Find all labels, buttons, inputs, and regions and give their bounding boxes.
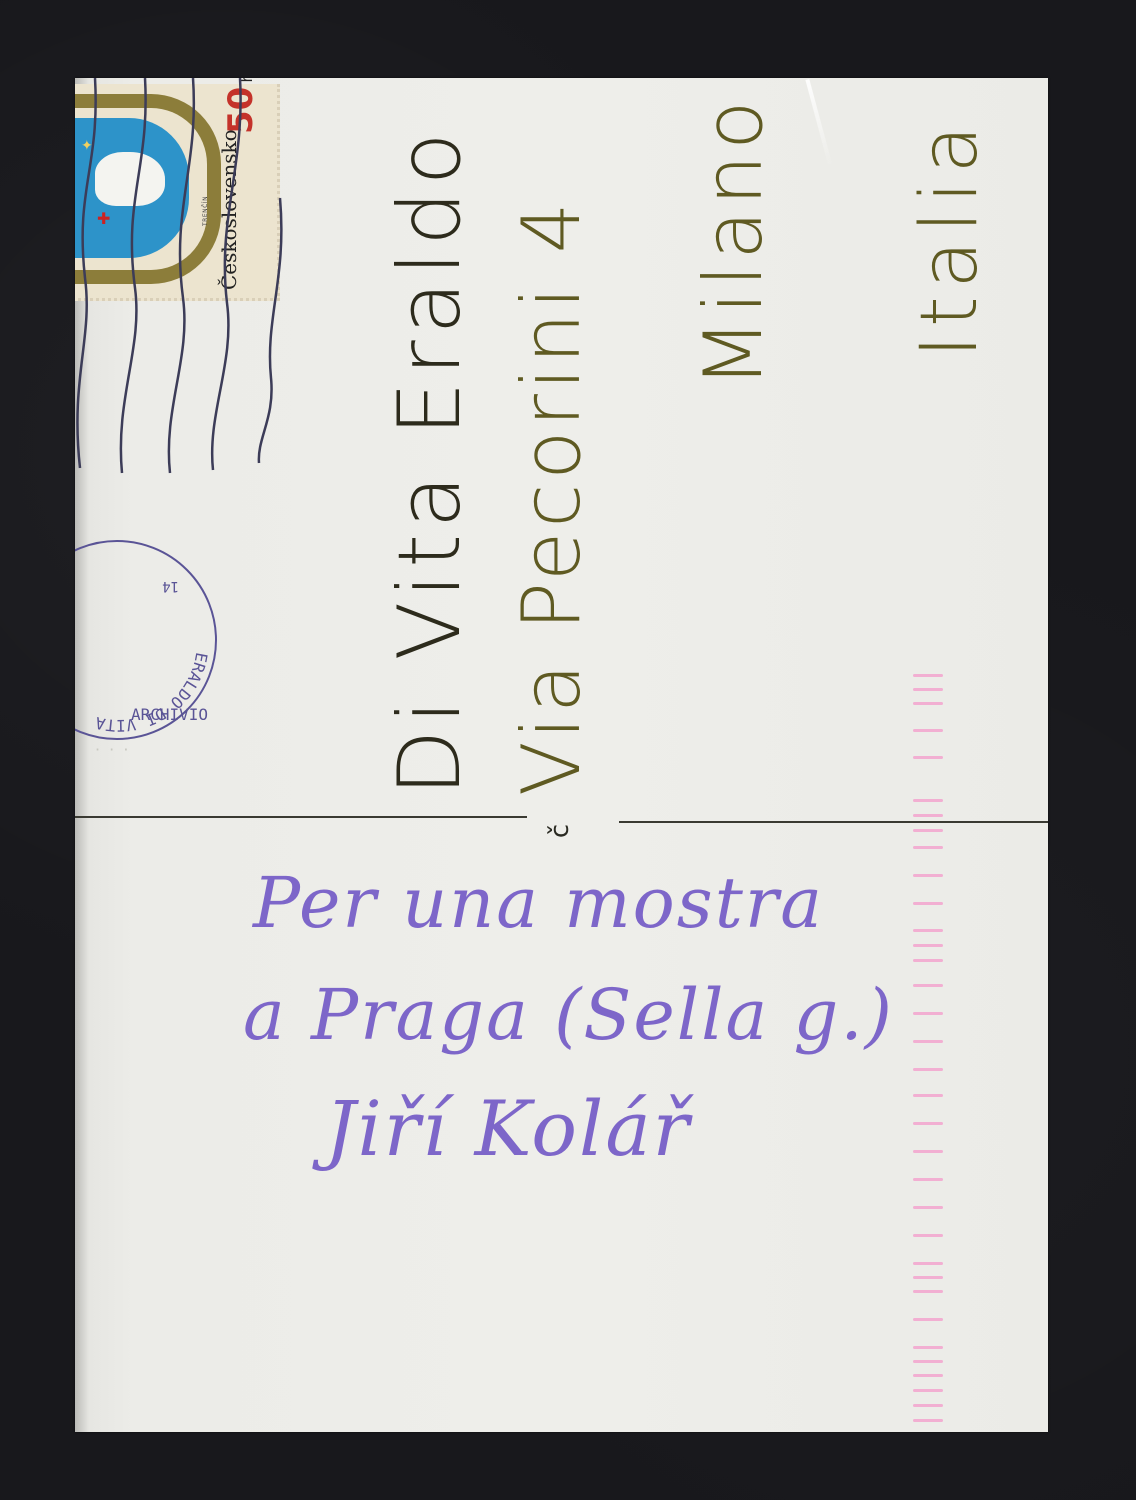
postmark-bottom-text: ARCHIVIO bbox=[131, 705, 208, 724]
pink-tick bbox=[913, 1122, 943, 1125]
pink-tick bbox=[913, 1040, 943, 1043]
pink-tick bbox=[913, 1012, 943, 1015]
pink-tick bbox=[913, 1094, 943, 1097]
pink-tick bbox=[913, 1150, 943, 1153]
dedication-signature: Jiří Kolář bbox=[325, 1084, 691, 1173]
pink-tick bbox=[913, 874, 943, 877]
pink-tick bbox=[913, 1206, 943, 1209]
pink-tick bbox=[913, 929, 943, 932]
pink-tick bbox=[913, 959, 943, 962]
pink-tick bbox=[913, 1234, 943, 1237]
pink-tick bbox=[913, 1360, 943, 1363]
recipient-street: Via Pecorini 4 bbox=[505, 198, 598, 796]
pink-tick bbox=[913, 1389, 943, 1392]
divider-line-right bbox=[619, 821, 1048, 823]
pink-tick-marks bbox=[913, 674, 943, 1432]
pink-tick bbox=[913, 799, 943, 802]
pink-tick bbox=[913, 1346, 943, 1349]
pink-tick bbox=[913, 944, 943, 947]
postmark-date-text: 14 bbox=[162, 578, 179, 594]
faint-illegible-mark: · · · bbox=[95, 740, 130, 759]
recipient-country: Italia bbox=[905, 117, 995, 358]
pink-tick bbox=[913, 902, 943, 905]
pink-tick bbox=[913, 814, 943, 817]
dedication-line-2: a Praga (Sella g.) bbox=[243, 974, 894, 1056]
divider-line-left bbox=[75, 816, 527, 818]
divider-mark: č bbox=[545, 824, 575, 838]
pink-tick bbox=[913, 1374, 943, 1377]
pink-tick bbox=[913, 1404, 943, 1407]
pink-tick bbox=[913, 674, 943, 677]
archive-postmark: ERALDO DI VITA ARCHIVIO 14 bbox=[75, 540, 217, 740]
pink-tick bbox=[913, 756, 943, 759]
pink-tick bbox=[913, 702, 943, 705]
pink-tick bbox=[913, 984, 943, 987]
pink-tick bbox=[913, 1262, 943, 1265]
pink-tick bbox=[913, 1178, 943, 1181]
recipient-name: Di Vita Eraldo bbox=[380, 126, 480, 796]
cancellation-wavy-lines bbox=[75, 78, 375, 498]
pink-tick bbox=[913, 1068, 943, 1071]
pink-tick bbox=[913, 846, 943, 849]
pink-tick bbox=[913, 829, 943, 832]
pink-tick bbox=[913, 1290, 943, 1293]
envelope: ✦ ✚ TRENČÍN Československo 50h ERALDO DI… bbox=[75, 78, 1048, 1432]
pink-tick bbox=[913, 688, 943, 691]
pink-tick bbox=[913, 1276, 943, 1279]
paper-crease bbox=[805, 79, 832, 167]
recipient-city: Milano bbox=[687, 96, 780, 388]
pink-tick bbox=[913, 1318, 943, 1321]
pink-tick bbox=[913, 729, 943, 732]
pink-tick bbox=[913, 1419, 943, 1422]
dedication-line-1: Per una mostra bbox=[253, 862, 824, 944]
